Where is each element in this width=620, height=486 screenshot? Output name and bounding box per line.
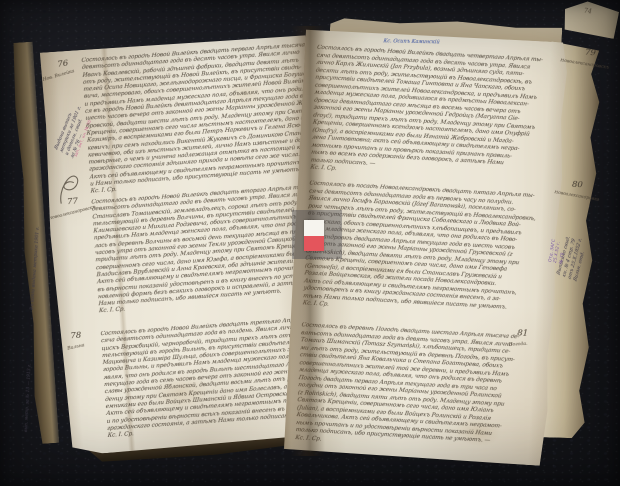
entry-number-78: 78 <box>70 331 81 342</box>
margin-place-81: Погода. <box>509 342 528 348</box>
spine-note-2: вып. метр. за № 13 — 1913 г. <box>24 320 35 432</box>
page-stack-corner <box>562 0 620 39</box>
entry-76-text: Состоялось въ городѣ Новой Вилейкѣ двадц… <box>81 43 308 197</box>
entry-number-79: 79 <box>585 48 597 59</box>
entry-77-text: Состоялось въ городѣ Новой Вилейкѣ двадц… <box>91 184 317 316</box>
margin-place-78: Вильна <box>67 343 85 352</box>
entry-79-text: Состоялось въ городѣ Новой Вилейкѣ двадц… <box>310 45 535 184</box>
entry-number-77: 77 <box>67 196 78 207</box>
entry-number-81: 81 <box>517 328 528 339</box>
folio-number: 74 <box>584 8 592 16</box>
blue-ink-annotation: Кс. Осипъ Каминскій <box>383 38 440 45</box>
entry-number-76: 76 <box>57 58 69 69</box>
margin-place-76: Нов. Вилейка <box>42 69 75 83</box>
flag-white-half <box>304 220 324 236</box>
entry-number-80: 80 <box>572 180 583 191</box>
flag-red-half <box>304 236 324 252</box>
entry-81-text: Состоялось въ деревнѣ Погодѣ двадцать ше… <box>295 322 519 454</box>
archive-watermark <box>292 210 342 259</box>
photo-of-open-register-book: 76 Нов. Вилейка Состоялось въ городѣ Нов… <box>0 0 620 486</box>
white-red-flag-icon <box>304 220 324 251</box>
